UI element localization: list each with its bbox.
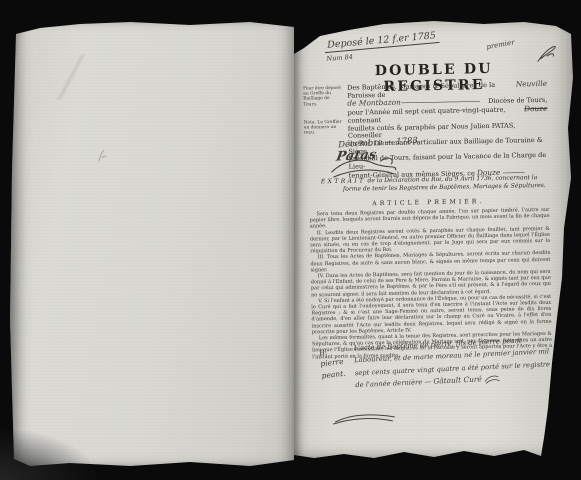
bottom-note-margin: B. pierre peant. <box>319 345 346 381</box>
bottom-note-margin-line: peant. <box>321 367 346 381</box>
deposit-date-annotation: Deposé le 12 f.er 1785 <box>324 30 440 53</box>
small-ink-mark <box>96 148 108 164</box>
margin-note-greffier: Nota. Le Greffier en donnera un reçu. <box>304 120 342 136</box>
scanned-register-page: porté f.er 1785 Deposé le 12 f.er 1785 p… <box>0 0 581 480</box>
margin-note-depot: Pour être déposé au Greffe du Bailliage … <box>303 86 341 107</box>
deanery-handwritten: de Montbazon <box>347 99 401 108</box>
cure-signature: Gâtault Curé <box>433 375 482 386</box>
pen-dash-flourish-icon <box>331 411 397 428</box>
right-register-page: porté f.er 1785 Deposé le 12 f.er 1785 p… <box>294 18 580 460</box>
corner-annotation: porté f.er 1785 <box>292 24 331 41</box>
premier-annotation: premier <box>486 38 515 51</box>
paraph-icon <box>534 40 558 67</box>
extrait-heading: EXTRAIT de la Déclaration du Roi, du 9 A… <box>321 174 555 194</box>
article-paragraph: V. Si l'enfant a été ondoyé par ordonnan… <box>311 294 552 336</box>
folio-count-handwritten: Douze <box>524 105 548 113</box>
bottom-handwritten-note: L'acte de Baptême de pierre, fils de pie… <box>353 333 553 392</box>
left-blank-page <box>10 20 294 468</box>
extrait-lead-word: EXTRAIT <box>321 177 366 185</box>
parish-name-handwritten: Neuville <box>516 80 547 88</box>
register-number-annotation: Num 84 <box>326 53 353 63</box>
scan-shadow <box>0 428 100 480</box>
cure-paraph-icon <box>484 374 500 385</box>
page-crease <box>36 54 106 100</box>
